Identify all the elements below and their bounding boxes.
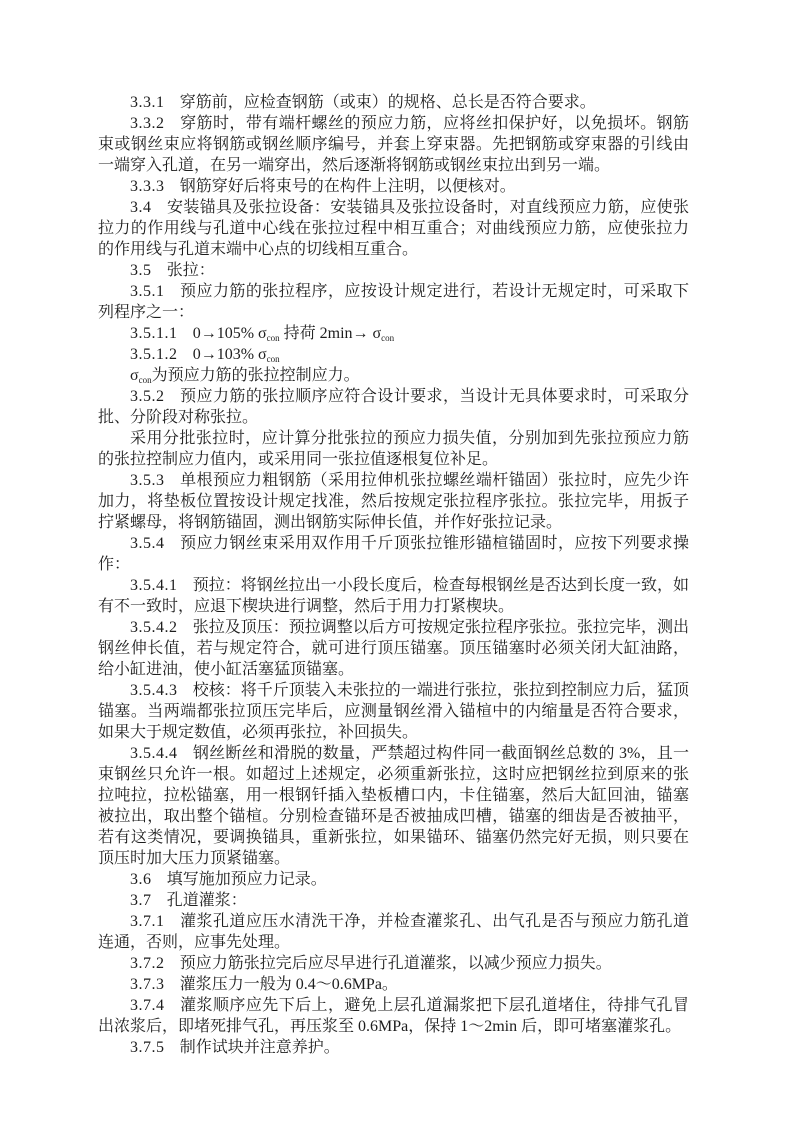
clause-text: 钢筋穿好后将束号的在构件上注明，以便核对。 [180, 178, 516, 195]
clause-text: 预应力筋张拉完后应尽早进行孔道灌浆，以减少预应力损失。 [180, 955, 612, 972]
clause-3.5.4.2: 3.5.4.2张拉及顶压：预拉调整以后方可按规定张拉程序张拉。张拉完毕，测出钢丝… [98, 617, 689, 680]
clause-number: 3.7.2 [130, 955, 165, 972]
clause-3.5.1.2: 3.5.1.20→103% σcon [98, 344, 689, 365]
subscript: con [267, 333, 280, 343]
clause-3.5.4.1: 3.5.4.1预拉：将钢丝拉出一小段长度后，检查每根钢丝是否达到长度一致，如有不… [98, 575, 689, 617]
clause-number: 3.7 [130, 892, 152, 909]
clause-3.7.1: 3.7.1灌浆孔道应压水清洗干净，并检查灌浆孔、出气孔是否与预应力筋孔道连通，否… [98, 911, 689, 953]
clause-3.6: 3.6填写施加预应力记录。 [98, 869, 689, 890]
clause-text: 0→105% σcon 持荷 2min→ σcon [193, 325, 394, 342]
clause-number: 3.5.1.2 [130, 346, 178, 363]
clause-number: 3.5.1 [130, 283, 165, 300]
clause-number: 3.5.4.2 [130, 619, 178, 636]
clause-3.7.2: 3.7.2预应力筋张拉完后应尽早进行孔道灌浆，以减少预应力损失。 [98, 953, 689, 974]
clause-3.7: 3.7孔道灌浆： [98, 890, 689, 911]
clause-3.7.3: 3.7.3灌浆压力一般为 0.4～0.6MPa。 [98, 974, 689, 995]
clause-number: 3.5.4.3 [130, 682, 178, 699]
clause-3.5.2: 3.5.2预应力筋的张拉顺序应符合设计要求，当设计无具体要求时，可采取分批、分阶… [98, 386, 689, 428]
clause-3.4: 3.4安装锚具及张拉设备：安装锚具及张拉设备时，对直线预应力筋，应使张拉力的作用… [98, 197, 689, 260]
clause-text: 穿筋时，带有端杆螺丝的预应力筋，应将丝扣保护好，以免损坏。钢筋束或钢丝束应将钢筋… [98, 115, 689, 174]
subscript: con [267, 354, 280, 364]
clause-text: 灌浆顺序应先下后上，避免上层孔道漏浆把下层孔道堵住，待排气孔冒出浓浆后，即堵死排… [98, 997, 689, 1035]
clause-number: 3.7.3 [130, 976, 165, 993]
clause-3.5: 3.5张拉： [98, 260, 689, 281]
clause-text: 钢丝断丝和滑脱的数量，严禁超过构件同一截面钢丝总数的 3%，且一束钢丝只允许一根… [98, 745, 689, 867]
clause-text: 安装锚具及张拉设备：安装锚具及张拉设备时，对直线预应力筋，应使张拉力的作用线与孔… [98, 199, 689, 258]
clause-3.3.2: 3.3.2穿筋时，带有端杆螺丝的预应力筋，应将丝扣保护好，以免损坏。钢筋束或钢丝… [98, 113, 689, 176]
clause-text: 校核：将千斤顶装入未张拉的一端进行张拉，张拉到控制应力后，猛顶锚塞。当两端都张拉… [98, 682, 689, 741]
clause-number: 3.5.4.1 [130, 577, 178, 594]
clause-number: 3.3.3 [130, 178, 165, 195]
clause-text: 灌浆孔道应压水清洗干净，并检查灌浆孔、出气孔是否与预应力筋孔道连通，否则，应事先… [98, 913, 689, 951]
clause-number: 3.3.2 [130, 115, 165, 132]
clause-text: 预拉：将钢丝拉出一小段长度后，检查每根钢丝是否达到长度一致，如有不一致时，应退下… [98, 577, 689, 615]
clause-text: 0→103% σcon [193, 346, 280, 363]
clause-3.5.1.1: 3.5.1.10→105% σcon 持荷 2min→ σcon [98, 323, 689, 344]
clause-text: 灌浆压力一般为 0.4～0.6MPa。 [180, 976, 398, 993]
document-body: 3.3.1穿筋前，应检查钢筋（或束）的规格、总长是否符合要求。3.3.2穿筋时，… [98, 92, 689, 1058]
clause-continuation-10: 采用分批张拉时，应计算分批张拉的预应力损失值，分别加到先张拉预应力筋的张拉控制应… [98, 428, 689, 470]
clause-text: 孔道灌浆： [167, 892, 247, 909]
clause-text: 预应力筋的张拉程序，应按设计规定进行，若设计无规定时，可采取下列程序之一： [98, 283, 689, 321]
clause-3.3.1: 3.3.1穿筋前，应检查钢筋（或束）的规格、总长是否符合要求。 [98, 92, 689, 113]
clause-number: 3.5.4 [130, 535, 165, 552]
clause-number: 3.7.4 [130, 997, 165, 1014]
clause-3.5.4.4: 3.5.4.4钢丝断丝和滑脱的数量，严禁超过构件同一截面钢丝总数的 3%，且一束… [98, 743, 689, 869]
subscript: con [381, 333, 394, 343]
clause-text: 张拉： [167, 262, 215, 279]
clause-number: 3.5.3 [130, 472, 165, 489]
clause-number: 3.5 [130, 262, 152, 279]
clause-number: 3.3.1 [130, 94, 165, 111]
clause-text: 制作试块并注意养护。 [180, 1039, 340, 1056]
clause-3.7.5: 3.7.5制作试块并注意养护。 [98, 1037, 689, 1058]
clause-3.7.4: 3.7.4灌浆顺序应先下后上，避免上层孔道漏浆把下层孔道堵住，待排气孔冒出浓浆后… [98, 995, 689, 1037]
clause-number: 3.7.1 [130, 913, 165, 930]
clause-number: 3.5.4.4 [130, 745, 178, 762]
clause-3.3.3: 3.3.3钢筋穿好后将束号的在构件上注明，以便核对。 [98, 176, 689, 197]
clause-text: 预应力钢丝束采用双作用千斤顶张拉锥形锚楦锚固时，应按下列要求操作： [98, 535, 689, 573]
clause-3.5.1: 3.5.1预应力筋的张拉程序，应按设计规定进行，若设计无规定时，可采取下列程序之… [98, 281, 689, 323]
clause-number: 3.4 [130, 199, 152, 216]
clause-number: 3.5.2 [130, 388, 165, 405]
clause-3.5.3: 3.5.3单根预应力粗钢筋（采用拉伸机张拉螺丝端杆锚固）张拉时，应先少许加力，将… [98, 470, 689, 533]
clause-number: 3.7.5 [130, 1039, 165, 1056]
clause-number: 3.6 [130, 871, 152, 888]
subscript: con [139, 375, 152, 385]
clause-text: 预应力筋的张拉顺序应符合设计要求，当设计无具体要求时，可采取分批、分阶段对称张拉… [98, 388, 689, 426]
clause-3.5.4.3: 3.5.4.3校核：将千斤顶装入未张拉的一端进行张拉，张拉到控制应力后，猛顶锚塞… [98, 680, 689, 743]
document-page: 3.3.1穿筋前，应检查钢筋（或束）的规格、总长是否符合要求。3.3.2穿筋时，… [0, 0, 793, 1122]
clause-text: σcon为预应力筋的张拉控制应力。 [130, 367, 360, 384]
clause-number: 3.5.1.1 [130, 325, 178, 342]
clause-3.5.4: 3.5.4预应力钢丝束采用双作用千斤顶张拉锥形锚楦锚固时，应按下列要求操作： [98, 533, 689, 575]
clause-text: 采用分批张拉时，应计算分批张拉的预应力损失值，分别加到先张拉预应力筋的张拉控制应… [98, 430, 689, 468]
clause-text: 填写施加预应力记录。 [167, 871, 327, 888]
clause-text: 穿筋前，应检查钢筋（或束）的规格、总长是否符合要求。 [180, 94, 596, 111]
clause-text: 单根预应力粗钢筋（采用拉伸机张拉螺丝端杆锚固）张拉时，应先少许加力，将垫板位置按… [98, 472, 689, 531]
clause-text: 张拉及顶压：预拉调整以后方可按规定张拉程序张拉。张拉完毕，测出钢丝伸长值，若与规… [98, 619, 689, 678]
clause-continuation-8: σcon为预应力筋的张拉控制应力。 [98, 365, 689, 386]
